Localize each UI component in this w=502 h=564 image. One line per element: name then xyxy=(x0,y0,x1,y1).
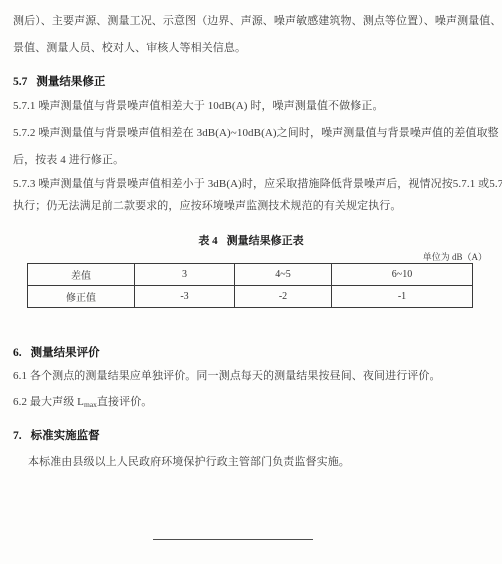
section-title: 测量结果修正 xyxy=(36,76,105,88)
table-cell: 6~10 xyxy=(332,264,473,286)
section-heading-5-7: 5.7测量结果修正 xyxy=(13,75,105,89)
table-cell-row-header: 修正值 xyxy=(28,286,135,308)
section-heading-6: 6.测量结果评价 xyxy=(13,346,100,360)
table-title-text: 测量结果修正表 xyxy=(227,235,304,247)
table-row-difference: 差值 3 4~5 6~10 xyxy=(28,264,473,286)
section-number: 6. xyxy=(13,347,22,359)
footer-divider-line xyxy=(153,539,313,540)
intro-paragraph-line-2: 景值、测量人员、校对人、审核人等相关信息。 xyxy=(13,41,246,55)
clause-5-7-1: 5.7.1 噪声测量值与背景噪声值相差大于 10dB(A) 时，噪声测量值不做修… xyxy=(13,99,384,113)
clause-6-2: 6.2 最大声级 Lmax直接评价。 xyxy=(13,395,152,412)
section-7-body: 本标准由县级以上人民政府环境保护行政主管部门负责监督实施。 xyxy=(28,455,350,469)
intro-paragraph-line-1: 测后）、主要声源、测量工况、示意图（边界、声源、噪声敏感建筑物、测点等位置）、噪… xyxy=(13,14,502,28)
clause-6-1: 6.1 各个测点的测量结果应单独评价。同一测点每天的测量结果按昼间、夜间进行评价… xyxy=(13,369,441,383)
clause-5-7-3-line-2: 执行；仍无法满足前二款要求的，应按环境噪声监测技术规范的有关规定执行。 xyxy=(13,199,402,213)
section-title: 标准实施监督 xyxy=(31,430,100,442)
table-cell: -3 xyxy=(135,286,235,308)
table-4-title: 表 4测量结果修正表 xyxy=(0,232,502,248)
table-cell-row-header: 差值 xyxy=(28,264,135,286)
lmax-subscript: max xyxy=(84,400,97,409)
clause-5-7-3-line-1: 5.7.3 噪声测量值与背景噪声值相差小于 3dB(A)时，应采取措施降低背景噪… xyxy=(13,177,502,191)
section-number: 7. xyxy=(13,430,22,442)
clause-5-7-2-line-1: 5.7.2 噪声测量值与背景噪声值相差在 3dB(A)~10dB(A)之间时，噪… xyxy=(13,126,499,140)
table-cell: -1 xyxy=(332,286,473,308)
document-page: 测后）、主要声源、测量工况、示意图（边界、声源、噪声敏感建筑物、测点等位置）、噪… xyxy=(0,0,502,564)
table-cell: -2 xyxy=(235,286,332,308)
table-row-correction: 修正值 -3 -2 -1 xyxy=(28,286,473,308)
table-unit-note: 单位为 dB（A） xyxy=(423,250,487,263)
section-number: 5.7 xyxy=(13,76,27,88)
clause-6-2-suffix: 直接评价。 xyxy=(97,396,153,408)
section-title: 测量结果评价 xyxy=(31,347,100,359)
clause-5-7-2-line-2: 后，按表 4 进行修正。 xyxy=(13,153,124,167)
table-cell: 3 xyxy=(135,264,235,286)
correction-table: 差值 3 4~5 6~10 修正值 -3 -2 -1 xyxy=(27,263,473,308)
table-label: 表 4 xyxy=(198,235,217,247)
section-heading-7: 7.标准实施监督 xyxy=(13,429,100,443)
clause-6-2-prefix: 6.2 最大声级 L xyxy=(13,396,84,408)
table-cell: 4~5 xyxy=(235,264,332,286)
